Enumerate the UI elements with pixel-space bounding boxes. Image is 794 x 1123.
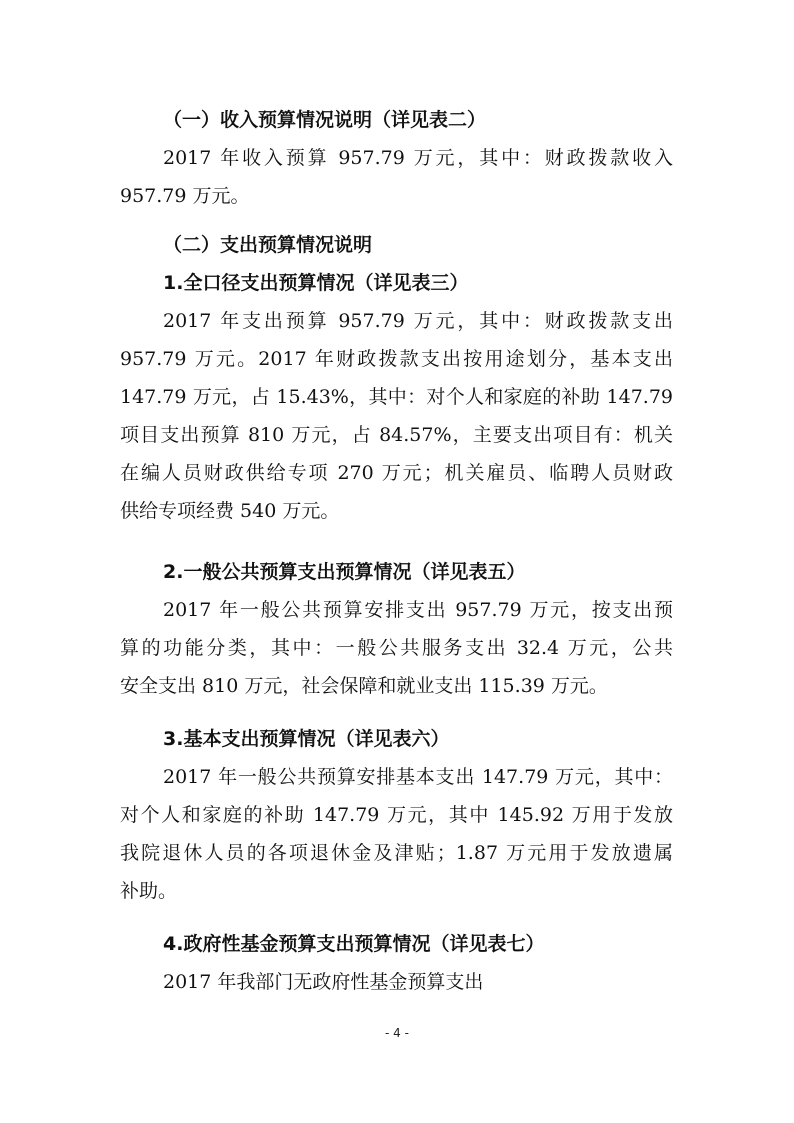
paragraph-line: 957.79 万元。 [120,184,673,208]
paragraph-line: 项目支出预算 810 万元，占 84.57%，主要支出项目有：机关 [120,423,673,447]
paragraph-line: 2017 年收入预算 957.79 万元，其中：财政拨款收入 [163,146,673,170]
paragraph-line: 2017 年一般公共预算安排支出 957.79 万元，按支出预 [163,598,673,622]
paragraph-line: 安全支出 810 万元，社会保障和就业支出 115.39 万元。 [120,674,673,698]
subsection-heading-4: 4.政府性基金预算支出预算情况（详见表七） [163,932,673,956]
paragraph-line: 147.79 万元，占 15.43%，其中：对个人和家庭的补助 147.79 [120,385,673,409]
paragraph-line: 2017 年支出预算 957.79 万元，其中：财政拨款支出 [163,309,673,333]
section-heading-income: （一）收入预算情况说明（详见表二） [163,108,673,132]
section-heading-expenditure: （二）支出预算情况说明 [163,233,673,257]
paragraph-line: 957.79 万元。2017 年财政拨款支出按用途划分，基本支出 [120,347,673,371]
paragraph-line: 2017 年一般公共预算安排基本支出 147.79 万元，其中： [163,765,673,789]
paragraph-line: 对个人和家庭的补助 147.79 万元，其中 145.92 万用于发放 [120,803,673,827]
subsection-heading-3: 3.基本支出预算情况（详见表六） [163,727,673,751]
subsection-heading-2: 2.一般公共预算支出预算情况（详见表五） [163,560,673,584]
paragraph-line: 算的功能分类，其中：一般公共服务支出 32.4 万元，公共 [120,636,673,660]
paragraph-line: 补助。 [120,879,673,903]
paragraph-line: 2017 年我部门无政府性基金预算支出 [163,970,673,994]
paragraph-line: 我院退休人员的各项退休金及津贴；1.87 万元用于发放遗属 [120,841,673,865]
paragraph-line: 在编人员财政供给专项 270 万元；机关雇员、临聘人员财政 [120,461,673,485]
subsection-heading-1: 1.全口径支出预算情况（详见表三） [163,271,673,295]
paragraph-line: 供给专项经费 540 万元。 [120,499,673,523]
page-number: - 4 - [0,1026,794,1040]
